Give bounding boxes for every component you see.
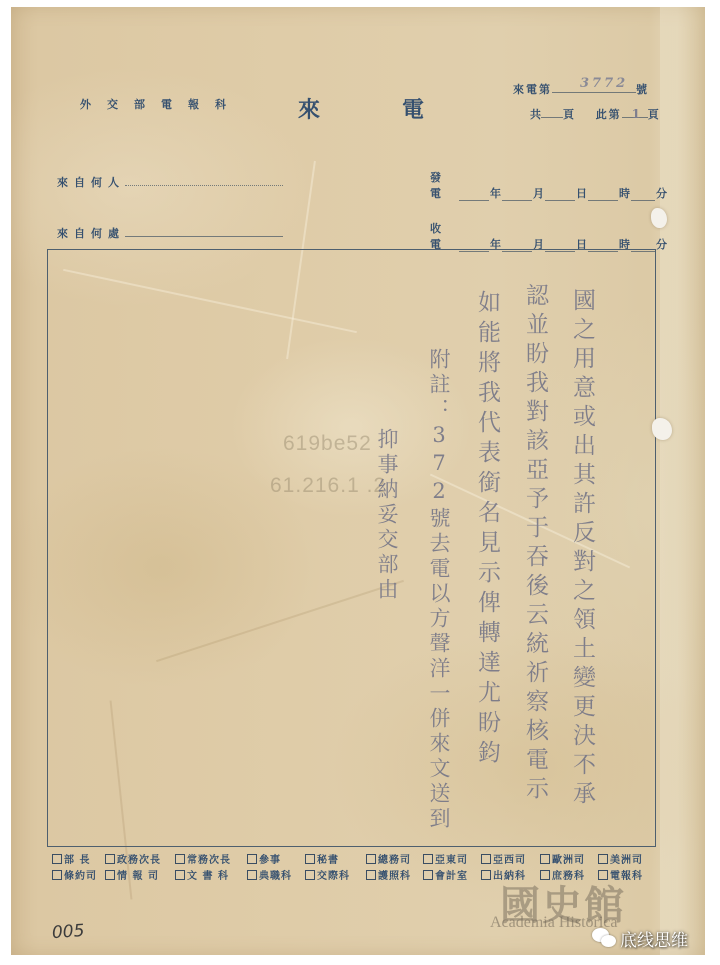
sent-year-blank	[459, 190, 489, 201]
routing-checkbox-item[interactable]: 參事	[247, 851, 281, 866]
routing-label: 會計室	[435, 867, 468, 882]
routing-checkbox-item[interactable]: 亞西司	[481, 851, 526, 866]
wechat-account-badge: 底线思维	[592, 926, 688, 951]
sent-minute-blank	[631, 190, 655, 201]
routing-checkbox-item[interactable]: 秘書	[305, 851, 339, 866]
routing-checkbox-item[interactable]: 總務司	[366, 851, 411, 866]
form-title-left: 來	[298, 93, 320, 124]
pages-current-unit: 頁	[648, 108, 659, 121]
routing-checkbox-item[interactable]: 美洲司	[598, 851, 643, 866]
telegram-number-unit: 號	[636, 83, 649, 96]
routing-label: 亞東司	[435, 851, 468, 866]
routing-label: 秘書	[317, 851, 339, 866]
viewer-ip-watermark: 61.216.1 .2	[270, 474, 386, 498]
department-name: 外交部電報科	[80, 96, 242, 112]
routing-checkbox-item[interactable]: 條約司	[52, 867, 97, 882]
checkbox[interactable]	[305, 854, 315, 864]
sent-time-field: 發電 年 月 日 時 分	[430, 169, 667, 201]
received-time-label: 收電	[430, 220, 458, 252]
message-column-3: 如能將我代表銜名見示俾轉達尤盼鈞	[471, 290, 504, 770]
checkbox[interactable]	[175, 854, 185, 864]
routing-checkbox-item[interactable]: 亞東司	[423, 851, 468, 866]
sender-person-blank	[125, 175, 283, 186]
routing-label: 文 書 科	[187, 867, 229, 882]
sender-person-label: 來自何人	[57, 176, 125, 189]
message-column-1: 國之用意或出其許反對之領土變更決不承	[566, 288, 599, 810]
sent-month-blank	[502, 190, 532, 201]
checkbox[interactable]	[105, 870, 115, 880]
telegram-number-value: 3772	[580, 76, 628, 91]
sent-day-blank	[545, 190, 575, 201]
telegram-number-blank: 3772	[552, 82, 636, 93]
routing-label: 美洲司	[610, 851, 643, 866]
routing-checkbox-item[interactable]: 政務次長	[105, 851, 161, 866]
message-frame	[47, 249, 656, 847]
telegram-number-field: 來電第3772號	[513, 81, 649, 97]
routing-checkbox-item[interactable]: 歐洲司	[540, 851, 585, 866]
sender-place-blank	[125, 226, 283, 237]
checkbox[interactable]	[247, 854, 257, 864]
sent-hour-blank	[588, 190, 618, 201]
day-label: 日	[576, 185, 587, 201]
checkbox[interactable]	[366, 870, 376, 880]
hour-label: 時	[619, 185, 630, 201]
routing-label: 條約司	[64, 867, 97, 882]
routing-checkbox-item[interactable]: 交際科	[305, 867, 350, 882]
routing-checkbox-item[interactable]: 會計室	[423, 867, 468, 882]
form-title-right: 電	[402, 93, 424, 124]
routing-label: 情 報 司	[117, 867, 159, 882]
pages-total-label: 共	[530, 108, 541, 121]
routing-label: 參事	[259, 851, 281, 866]
routing-row-1: 部 長政務次長常務次長參事秘書總務司亞東司亞西司歐洲司美洲司	[0, 851, 720, 865]
routing-checkbox-item[interactable]: 部 長	[52, 851, 90, 866]
viewer-id-watermark: 619be52	[283, 432, 372, 456]
wechat-icon	[592, 928, 618, 950]
routing-checkbox-item[interactable]: 常務次長	[175, 851, 231, 866]
checkbox[interactable]	[481, 870, 491, 880]
message-column-2: 認並盼我對該亞予于吞後云統祈察核電示	[519, 283, 552, 805]
routing-label: 典職科	[259, 867, 292, 882]
wechat-account-name: 底线思维	[620, 926, 688, 951]
routing-label: 亞西司	[493, 851, 526, 866]
checkbox[interactable]	[52, 854, 62, 864]
routing-checkbox-item[interactable]: 護照科	[366, 867, 411, 882]
sent-time-label: 發電	[430, 169, 458, 201]
sender-person-field: 來自何人	[57, 171, 283, 190]
checkbox[interactable]	[598, 854, 608, 864]
checkbox[interactable]	[366, 854, 376, 864]
pages-current-blank: 1	[622, 107, 648, 118]
routing-label: 歐洲司	[552, 851, 585, 866]
paper-tear	[652, 418, 672, 440]
minute-label: 分	[656, 236, 667, 252]
telegram-number-label: 來電第	[513, 83, 552, 96]
checkbox[interactable]	[247, 870, 257, 880]
checkbox[interactable]	[52, 870, 62, 880]
routing-label: 部 長	[64, 851, 90, 866]
page-count-field: 共頁 此第1頁	[530, 106, 659, 122]
paper-tear	[651, 208, 667, 228]
pages-total-blank	[541, 107, 563, 118]
pages-current-label: 此第	[596, 108, 622, 121]
checkbox[interactable]	[175, 870, 185, 880]
routing-checkbox-item[interactable]: 文 書 科	[175, 867, 229, 882]
message-column-4: 附註：372號去電以方聲洋一併來文送到	[424, 348, 454, 832]
pages-total-unit: 頁	[563, 108, 574, 121]
routing-label: 護照科	[378, 867, 411, 882]
handwritten-page-number: 005	[51, 921, 85, 943]
checkbox[interactable]	[305, 870, 315, 880]
checkbox[interactable]	[105, 854, 115, 864]
checkbox[interactable]	[540, 854, 550, 864]
sender-place-field: 來自何處	[57, 222, 283, 241]
minute-label: 分	[656, 185, 667, 201]
month-label: 月	[533, 185, 544, 201]
checkbox[interactable]	[423, 870, 433, 880]
routing-checkbox-item[interactable]: 典職科	[247, 867, 292, 882]
checkbox[interactable]	[423, 854, 433, 864]
message-column-5: 抑事納妥交部由	[372, 428, 402, 603]
sender-place-label: 來自何處	[57, 227, 125, 240]
routing-checkbox-item[interactable]: 情 報 司	[105, 867, 159, 882]
routing-label: 常務次長	[187, 851, 231, 866]
year-label: 年	[490, 185, 501, 201]
received-time-field: 收電 年 月 日 時 分	[430, 220, 667, 252]
routing-label: 政務次長	[117, 851, 161, 866]
pages-current-value: 1	[632, 107, 640, 121]
routing-label: 總務司	[378, 851, 411, 866]
paper-edge-strip	[660, 7, 705, 955]
checkbox[interactable]	[481, 854, 491, 864]
routing-label: 交際科	[317, 867, 350, 882]
